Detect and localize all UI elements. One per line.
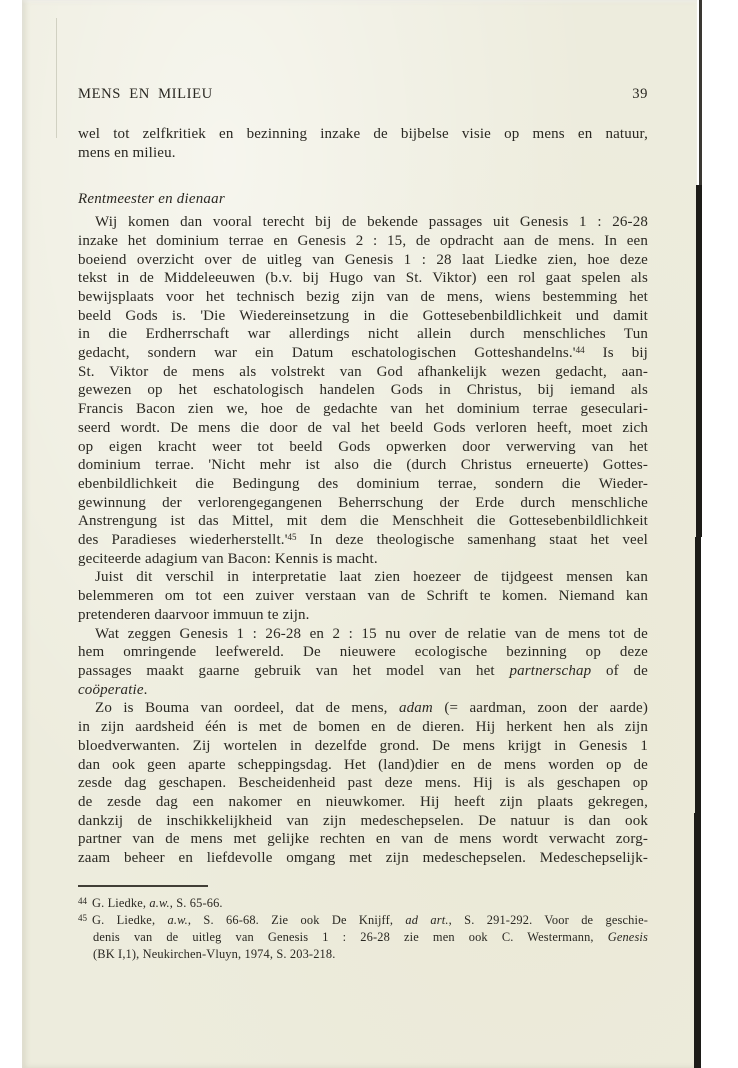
text-segment: Genesis [608,930,648,944]
screenshot-root: { "header": { "title": "MENS EN MILIEU",… [0,0,738,1068]
text-line: des Paradieses wiederherstellt.'45 In de… [78,531,648,550]
footnote-line: denis van de uitleg van Genesis 1 : 26-2… [78,929,648,946]
text-segment: gewinnung der verlorengegangenen Beherrs… [78,495,648,511]
text-line: dominium terrae. 'Nicht mehr ist also di… [78,456,648,475]
text-line: beeld Gods is. 'Die Wiedereinsetzung in … [78,307,648,326]
text-segment: dominium terrae. 'Nicht mehr ist also di… [78,457,648,473]
footnote-line: 44G. Liedke, a.w., S. 65-66. [78,895,648,912]
footnote-number: 45 [78,913,87,923]
scan-edge-bar [694,813,701,1068]
paragraph: Wij komen dan vooral terecht bij de beke… [78,213,648,568]
text-line: boeiend overzicht over de uitleg van Gen… [78,251,648,270]
scan-edge-bar [696,185,702,537]
text-segment: ad art. [405,913,448,927]
text-line: Rentmeester en dienaar [78,190,648,209]
text-segment: a.w. [149,896,169,910]
text-line: coöperatie. [78,681,648,700]
text-segment: Francis Bacon zien we, hoe de gedachte v… [78,401,648,417]
text-segment: hem omringende leefwereld. De nieuwere e… [78,644,648,660]
text-segment: dan ook geen aparte scheppingsdag. Het (… [78,757,648,773]
footnote: 44G. Liedke, a.w., S. 65-66. [78,895,648,912]
text-segment: St. Viktor de mens als volstrekt van God… [78,364,648,380]
text-line: St. Viktor de mens als volstrekt van God… [78,363,648,382]
text-line: belemmeren om tot een zuiver verstaan va… [78,587,648,606]
text-segment: inzake het dominium terrae en Genesis 2 … [78,233,648,249]
text-line: Wij komen dan vooral terecht bij de beke… [78,213,648,232]
footnotes: 44G. Liedke, a.w., S. 65-66.45G. Liedke,… [78,895,648,963]
text-segment: denis van de uitleg van Genesis 1 : 26-2… [93,930,608,944]
text-segment: in die Erdherrschaft war allerdings nich… [78,326,648,342]
text-line: dan ook geen aparte scheppingsdag. Het (… [78,756,648,775]
text-segment: gedacht, sondern war ein Datum eschatolo… [78,345,576,361]
text-line: Anstrengung ist das Mittel, mit dem die … [78,512,648,531]
text-line: gewinnung der verlorengegangenen Beherrs… [78,494,648,513]
text-segment: beeld Gods is. 'Die Wiedereinsetzung in … [78,308,648,324]
footnote-line: (BK I,1), Neukirchen-Vluyn, 1974, S. 203… [78,946,648,963]
text-line: Francis Bacon zien we, hoe de gedachte v… [78,400,648,419]
scanned-book-page: MENS EN MILIEU 39 wel tot zelfkritiek en… [22,0,697,1068]
text-segment: G. Liedke, [92,896,149,910]
paragraph: wel tot zelfkritiek en bezinning inzake … [78,125,648,162]
text-segment: of de [591,663,648,679]
text-segment: adam [399,700,433,716]
text-segment: boeiend overzicht over de uitleg van Gen… [78,252,648,268]
paragraph: Juist dit verschil in interpretatie laat… [78,568,648,624]
paragraph: Zo is Bouma van oordeel, dat de mens, ad… [78,699,648,867]
scan-edge-bar [699,0,702,185]
text-segment: Rentmeester en dienaar [78,191,225,207]
page-left-edge-line [56,18,57,138]
text-segment: Wij komen dan vooral terecht bij de beke… [95,214,648,230]
text-segment: op eigen kracht weer tot beeld Gods opwe… [78,439,648,455]
text-segment: Anstrengung ist das Mittel, mit dem die … [78,513,648,529]
text-line: op eigen kracht weer tot beeld Gods opwe… [78,438,648,457]
text-body: wel tot zelfkritiek en bezinning inzake … [78,125,648,868]
text-segment: dankzij de inschikkelijkheid van zijn me… [78,813,648,829]
text-line: zaam beheer en liefdevolle omgang met zi… [78,849,648,868]
text-segment: (BK I,1), Neukirchen-Vluyn, 1974, S. 203… [93,947,335,961]
footnote-ref: 45 [288,532,297,542]
text-line: mens en milieu. [78,144,648,163]
text-line: Zo is Bouma van oordeel, dat de mens, ad… [78,699,648,718]
text-line: seerd wordt. De mens die door de val het… [78,419,648,438]
text-segment: Juist dit verschil in interpretatie laat… [95,569,648,585]
text-line: dankzij de inschikkelijkheid van zijn me… [78,812,648,831]
text-line: hem omringende leefwereld. De nieuwere e… [78,643,648,662]
text-segment: , S. 291-292. Voor de geschie- [449,913,648,927]
text-segment: , S. 66-68. Zie ook De Knijff, [188,913,406,927]
text-column: MENS EN MILIEU 39 wel tot zelfkritiek en… [78,85,648,963]
text-line: gedacht, sondern war ein Datum eschatolo… [78,344,648,363]
text-segment: . [144,682,148,698]
scan-edge-bar [695,537,701,813]
text-segment: mens en milieu. [78,145,176,161]
text-line: pretenderen daarvoor immuun te zijn. [78,606,648,625]
text-segment: a.w. [168,913,188,927]
footnote-line: 45G. Liedke, a.w., S. 66-68. Zie ook De … [78,912,648,929]
text-line: partner van de mens met gelijke rechten … [78,830,648,849]
page-number: 39 [632,85,648,104]
text-segment: partner van de mens met gelijke rechten … [78,831,648,847]
footnote: 45G. Liedke, a.w., S. 66-68. Zie ook De … [78,912,648,963]
text-line: Juist dit verschil in interpretatie laat… [78,568,648,587]
text-segment: (= aardman, zoon der aarde) [433,700,648,716]
text-line: geciteerde adagium van Bacon: Kennis is … [78,550,648,569]
footnote-ref: 44 [576,345,585,355]
text-segment: partnerschap [509,663,591,679]
text-segment: Zo is Bouma van oordeel, dat de mens, [95,700,399,716]
text-line: de zesde dag een nakomer en nieuwkomer. … [78,793,648,812]
text-line: Wat zeggen Genesis 1 : 26-28 en 2 : 15 n… [78,625,648,644]
text-segment: des Paradieses wiederherstellt.' [78,532,288,548]
text-segment: In deze theologische samenhang staat het… [297,532,648,548]
text-segment: zesde dag geschapen. Bescheidenheid past… [78,775,648,791]
text-segment: ebenbildlichkeit die Bedingung des domin… [78,476,648,492]
running-title: MENS EN MILIEU [78,85,213,104]
page-header: MENS EN MILIEU 39 [78,85,648,104]
footnote-number: 44 [78,896,87,906]
text-segment: , S. 65-66. [170,896,223,910]
text-line: in zijn aardsheid één is met de bomen en… [78,718,648,737]
text-segment: de zesde dag een nakomer en nieuwkomer. … [78,794,648,810]
text-segment: G. Liedke, [92,913,168,927]
text-segment: gewezen op het eschatologisch handelen G… [78,382,648,398]
text-line: in die Erdherrschaft war allerdings nich… [78,325,648,344]
section-heading: Rentmeester en dienaar [78,190,648,209]
text-line: wel tot zelfkritiek en bezinning inzake … [78,125,648,144]
text-segment: passages maakt gaarne gebruik van het mo… [78,663,509,679]
text-line: tekst in de Middeleeuwen (b.v. bij Hugo … [78,269,648,288]
text-line: zesde dag geschapen. Bescheidenheid past… [78,774,648,793]
text-line: ebenbildlichkeit die Bedingung des domin… [78,475,648,494]
text-line: bloedverwanten. Zij wortelen in dezelfde… [78,737,648,756]
text-line: gewezen op het eschatologisch handelen G… [78,381,648,400]
footnote-rule [78,885,208,887]
text-segment: belemmeren om tot een zuiver verstaan va… [78,588,648,604]
text-line: inzake het dominium terrae en Genesis 2 … [78,232,648,251]
text-segment: zaam beheer en liefdevolle omgang met zi… [78,850,648,866]
text-line: bewijsplaats voor het technisch bezig zi… [78,288,648,307]
text-segment: in zijn aardsheid één is met de bomen en… [78,719,648,735]
text-segment: wel tot zelfkritiek en bezinning inzake … [78,126,648,142]
text-segment: bewijsplaats voor het technisch bezig zi… [78,289,648,305]
text-segment: bloedverwanten. Zij wortelen in dezelfde… [78,738,648,754]
text-segment: Is bij [585,345,648,361]
text-segment: tekst in de Middeleeuwen (b.v. bij Hugo … [78,270,648,286]
text-line: passages maakt gaarne gebruik van het mo… [78,662,648,681]
text-segment: coöperatie [78,682,144,698]
text-segment: Wat zeggen Genesis 1 : 26-28 en 2 : 15 n… [95,626,648,642]
text-segment: pretenderen daarvoor immuun te zijn. [78,607,310,623]
text-segment: seerd wordt. De mens die door de val het… [78,420,648,436]
paragraph: Wat zeggen Genesis 1 : 26-28 en 2 : 15 n… [78,625,648,700]
text-segment: geciteerde adagium van Bacon: Kennis is … [78,551,378,567]
